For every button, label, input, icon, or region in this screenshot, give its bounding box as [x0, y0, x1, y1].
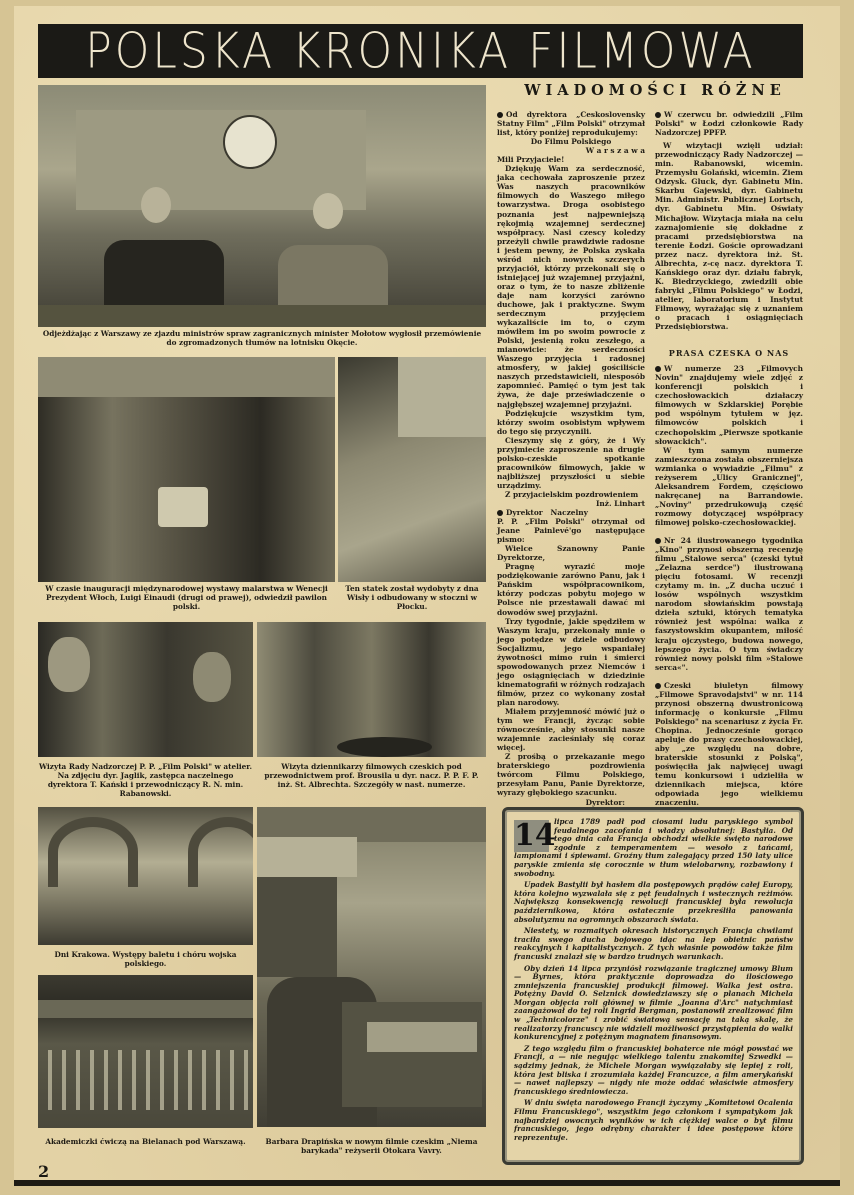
- caption-molotov: Odjeżdżając z Warszawy ze zjazdu ministr…: [38, 329, 486, 347]
- caption-board: Wizyta Rady Nadzorczej P. P. „Film Polsk…: [38, 762, 253, 798]
- bullet-icon: [655, 683, 661, 689]
- letter-signature: Inż. Linhart: [588, 499, 645, 508]
- article-czech-letter-intro: Od dyrektora „Ceskoslovensky Statny Film…: [497, 110, 645, 137]
- subhead-czech-press: PRASA CZESKA O NAS: [655, 349, 803, 358]
- letter-closing: Z przyjacielskim pozdrowieniem Inż. Linh…: [497, 490, 645, 499]
- letter-body-2: Podziękujcie wszystkim tym, którzy swoim…: [497, 409, 645, 436]
- bastille-day-box: 14lipca 1789 padł pod ciosami ludu parys…: [502, 807, 804, 1165]
- painleve-sig-title: Dyrektor:: [497, 798, 645, 807]
- bullet-icon: [655, 366, 661, 372]
- painleve-body-1: Pragnę wyrazić moje podziękowanie zarówn…: [497, 562, 645, 616]
- box-para-4: Oby dzień 14 lipca przyniósł rozwiązanie…: [514, 965, 793, 1042]
- photo-venice: [38, 357, 335, 582]
- letter-body-1: Dziękuję Wam za serdeczność, jaka cechow…: [497, 164, 645, 408]
- box-para-2: Upadek Bastylii był hasłem dla postępowy…: [514, 881, 793, 924]
- letter-body-3: Cieszymy się z góry, że i Wy przyjmiecie…: [497, 436, 645, 490]
- caption-ballet: Dni Krakowa. Występy baletu i chóru wojs…: [38, 950, 253, 968]
- caption-venice: W czasie inauguracji międzynarodowej wys…: [38, 584, 335, 611]
- painleve-salutation: Wielce Szanowny Panie Dyrektorze,: [497, 544, 645, 562]
- article-filmove-noviny: W numerze 23 „Filmovych Novin" znajdujem…: [655, 364, 803, 445]
- masthead-title: POLSKA KRONIKA FILMOWA: [85, 22, 755, 79]
- column-1: Od dyrektora „Ceskoslovensky Statny Film…: [497, 110, 645, 816]
- page-number: 2: [38, 1162, 49, 1181]
- bottom-rule: [14, 1180, 840, 1186]
- caption-journalists: Wizyta dziennikarzy filmowych czeskich p…: [257, 762, 486, 789]
- article-filmove-noviny-2: W tym samym numerze zamieszczona została…: [655, 446, 803, 527]
- article-painleve-intro: Dyrektor Naczelny P. P. „Film Polski" ot…: [497, 508, 645, 544]
- photo-ship: [338, 357, 486, 582]
- bullet-icon: [497, 112, 503, 118]
- caption-field: Akademiczki ćwiczą na Bielanach pod Wars…: [38, 1137, 253, 1146]
- box-lead: 14lipca 1789 padł pod ciosami ludu parys…: [514, 818, 793, 878]
- article-kino: Nr 24 ilustrowanego tygodnika „Kino" prz…: [655, 536, 803, 672]
- photo-board: [38, 622, 253, 757]
- photo-ballet: [38, 807, 253, 945]
- caption-ship: Ten statek został wydobyty z dna Wisły i…: [338, 584, 486, 611]
- painleve-body-3: Miałem przyjemność mówić już o tym we Fr…: [497, 707, 645, 752]
- letter-city: W a r s z a w a: [497, 146, 645, 155]
- photo-field: [38, 975, 253, 1128]
- dropcap-14: 14: [514, 820, 549, 852]
- photo-molotov: [38, 85, 486, 327]
- article-bulletin: Czeski biuletyn filmowy „Filmowe Spravod…: [655, 681, 803, 808]
- board-visit-body: W wizytacji wzięli udział: przewodnicząc…: [655, 141, 803, 331]
- bullet-icon: [497, 510, 503, 516]
- letter-address: Do Filmu Polskiego: [497, 137, 645, 146]
- box-para-5: Z tego względu film o francuskiej bohate…: [514, 1045, 793, 1097]
- bullet-icon: [655, 538, 661, 544]
- column-2: W czerwcu br. odwiedzili „Film Polski" w…: [655, 110, 803, 807]
- bullet-icon: [655, 112, 661, 118]
- painleve-body-4: Z prośbą o przekazanie mego braterskiego…: [497, 752, 645, 797]
- masthead: POLSKA KRONIKA FILMOWA: [38, 24, 803, 78]
- box-para-3: Niestety, w rozmaitych okresach historyc…: [514, 927, 793, 961]
- box-para-6: W dniu święta narodowego Francji życzymy…: [514, 1099, 793, 1142]
- photo-journalists: [257, 622, 486, 757]
- letter-salutation: Mili Przyjaciele!: [497, 155, 645, 164]
- article-board-visit: W czerwcu br. odwiedzili „Film Polski" w…: [655, 110, 803, 137]
- section-title: WIADOMOŚCI RÓŻNE: [506, 82, 804, 99]
- caption-film: Barbara Drapińska w nowym filmie czeskim…: [257, 1137, 486, 1155]
- photo-film: [257, 807, 486, 1127]
- painleve-body-2: Trzy tygodnie, jakie spędziłem w Waszym …: [497, 617, 645, 707]
